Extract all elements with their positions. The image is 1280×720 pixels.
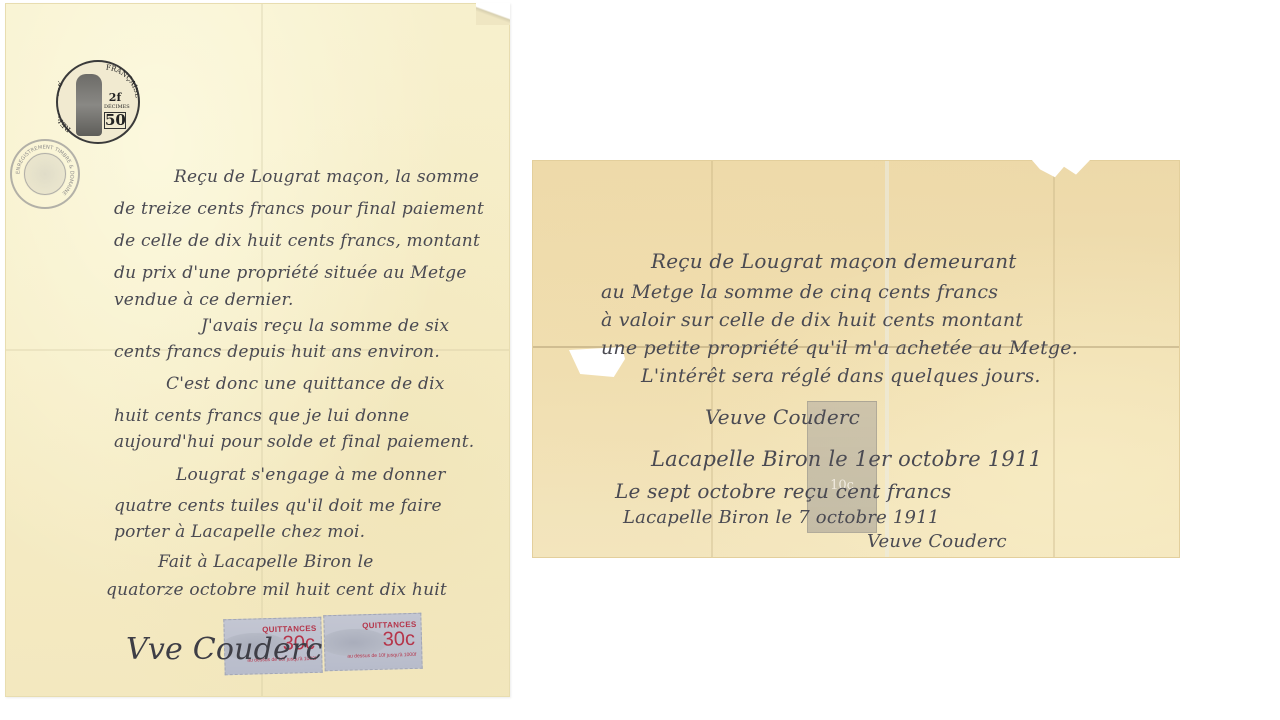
addendum-text: Le sept octobre reçu cent francs <box>615 479 951 503</box>
registry-round-stamp: ENREGISTREMENT TIMBRE & DOMAINE <box>10 139 80 209</box>
receipt-document-1911: 10c Reçu de Lougrat maçon demeurant au M… <box>532 160 1180 558</box>
paper-fold-vertical <box>1053 161 1055 557</box>
text-line: quatre cents tuiles qu'il doit me faire <box>114 496 442 516</box>
place-date: Lacapelle Biron le 7 octobre 1911 <box>623 507 940 528</box>
text-line: L'intérêt sera réglé dans quelques jours… <box>641 365 1041 387</box>
text-line: du prix d'une propriété située au Metge <box>114 263 467 283</box>
text-line: à valoir sur celle de dix huit cents mon… <box>601 309 1023 331</box>
torn-edge <box>1031 159 1091 185</box>
text-line: vendue à ce dernier. <box>114 290 294 310</box>
marianne-figure-icon <box>76 74 102 136</box>
seal-value: 2f DÉCIMES 50 <box>104 92 126 129</box>
text-line: cents francs depuis huit ans environ. <box>114 342 440 362</box>
text-line: porter à Lacapelle chez moi. <box>114 522 365 542</box>
text-line: de treize cents francs pour final paieme… <box>114 199 484 219</box>
text-line: au Metge la somme de cinq cents francs <box>601 281 998 303</box>
signature: Veuve Couderc <box>705 405 860 429</box>
svg-text:REPUBLIQUE: REPUBLIQUE <box>58 80 73 135</box>
text-line: Reçu de Lougrat maçon, la somme <box>174 167 479 187</box>
stamp-head-icon <box>24 153 66 195</box>
text-line: J'avais reçu la somme de six <box>201 316 449 336</box>
fiscal-seal-stamp: REPUBLIQUE FRANÇAISE 2f DÉCIMES 50 <box>56 60 140 144</box>
text-line: C'est donc une quittance de dix <box>166 374 445 394</box>
signature: Veuve Couderc <box>867 531 1007 552</box>
text-line: Fait à Lacapelle Biron le <box>158 552 374 572</box>
text-line: huit cents francs que je lui donne <box>114 406 409 426</box>
signature: Vve Couderc <box>126 632 323 667</box>
text-line: Lougrat s'engage à me donner <box>176 465 446 485</box>
place-date: Lacapelle Biron le 1er octobre 1911 <box>651 447 1042 471</box>
quittance-stamp: QUITTANCES 30c au dessus de 10f jusqu'à … <box>323 613 422 672</box>
text-line: une petite propriété qu'il m'a achetée a… <box>601 337 1078 359</box>
text-line: Reçu de Lougrat maçon demeurant <box>651 249 1017 273</box>
text-line: aujourd'hui pour solde et final paiement… <box>114 432 474 452</box>
text-line: de celle de dix huit cents francs, monta… <box>114 231 480 251</box>
receipt-document-1918: REPUBLIQUE FRANÇAISE 2f DÉCIMES 50 ENREG… <box>5 3 510 697</box>
curled-corner <box>476 3 510 25</box>
text-line: quatorze octobre mil huit cent dix huit <box>106 580 447 600</box>
